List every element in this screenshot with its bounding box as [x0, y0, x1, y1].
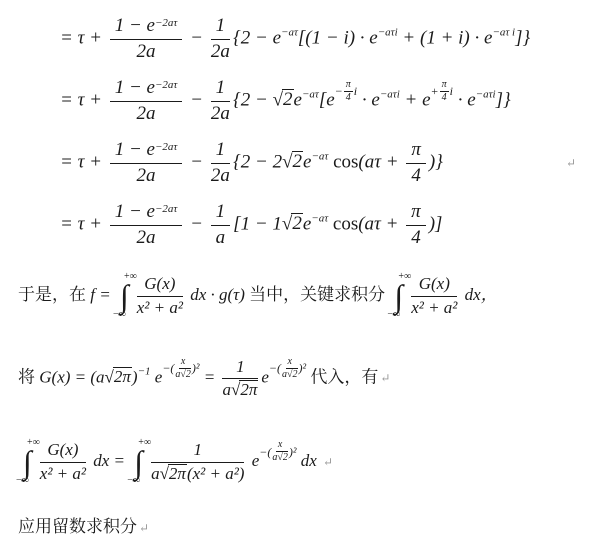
tiny-fraction: xa√2: [175, 356, 191, 381]
math-run: G(x) = (a: [39, 367, 104, 386]
math-run: {2 − e: [233, 27, 281, 48]
fraction: 1 − e−2aτ2a: [110, 15, 183, 63]
radicand: 2: [282, 89, 294, 111]
numerator: 1 − e−2aτ: [110, 201, 183, 225]
tiny-numerator: π: [440, 79, 449, 92]
radicand: 2π: [168, 464, 187, 483]
math-run: dx · g(τ): [186, 285, 249, 304]
superscript-fraction: +π4i: [431, 79, 453, 104]
exponent-open: −(: [259, 446, 271, 458]
math-run: (x² + a²): [187, 464, 245, 483]
exponent-open: −(: [269, 362, 281, 374]
superscript: −2aτ: [155, 203, 177, 215]
math-run: e: [303, 213, 311, 234]
exponent-close: )²: [299, 362, 307, 374]
radical-sign: √: [287, 369, 293, 380]
denominator: 2a: [211, 102, 231, 125]
superscript-fraction: −(xa√2)²: [269, 356, 306, 381]
superscript: −aτi: [476, 88, 496, 100]
superscript: −aτ: [311, 212, 328, 224]
math-run: −: [185, 27, 207, 48]
denominator: 2a: [110, 102, 183, 125]
numerator: 1: [211, 77, 231, 101]
math-run: 1 − e: [115, 139, 155, 160]
math-run: = τ +: [60, 151, 107, 172]
numerator: 1: [151, 440, 244, 462]
tiny-denominator: a√2: [282, 369, 298, 381]
tiny-denominator: a√2: [272, 452, 288, 464]
radicand: 2: [186, 368, 191, 380]
math-run: = τ +: [60, 27, 107, 48]
integral-upper-limit: +∞: [27, 438, 40, 448]
fraction: 1a√2π: [222, 357, 258, 400]
integral-sign: ∫: [120, 282, 129, 310]
math-run: 1 − e: [115, 15, 155, 36]
integral-upper-limit: +∞: [398, 272, 411, 282]
math-run: e: [261, 367, 269, 386]
integral-sign: ∫: [394, 282, 403, 310]
math-run: )]: [429, 213, 443, 234]
superscript: −aτ: [281, 26, 298, 38]
numerator: 1: [211, 201, 231, 225]
math-run: −: [185, 151, 207, 172]
math-run: (aτ +: [358, 213, 403, 234]
superscript-fraction: −(xa√2)²: [162, 356, 199, 381]
denominator: 2a: [110, 40, 183, 63]
integral: +∞∫−∞: [392, 272, 405, 320]
math-run: 1 − e: [115, 201, 155, 222]
tiny-denominator: 4: [346, 92, 351, 104]
superscript: −aτ i: [492, 26, 515, 38]
math-run: (aτ +: [358, 151, 403, 172]
fraction: 1a: [211, 201, 231, 249]
return-mark: ↵: [380, 371, 390, 385]
radicand: 2π: [113, 367, 132, 386]
math-run: 1 − e: [115, 77, 155, 98]
superscript: −2aτ: [155, 141, 177, 153]
math-run: dx，: [460, 285, 497, 304]
numerator: 1 − e−2aτ: [110, 77, 183, 101]
integral-upper-limit: +∞: [124, 272, 137, 282]
math-run: + e: [400, 89, 431, 110]
radicand: 2: [283, 451, 288, 463]
tiny-denominator: 4: [442, 92, 447, 104]
denominator: 2a: [211, 40, 231, 63]
integral-upper-limit: +∞: [138, 438, 151, 448]
math-run: [e: [319, 89, 335, 110]
math-run: [(1 − i) · e: [298, 27, 378, 48]
tiny-numerator: x: [286, 356, 294, 369]
tiny-numerator: x: [179, 356, 187, 369]
math-run: )}: [429, 151, 443, 172]
radicand: 2: [292, 151, 304, 173]
math-run: {2 −: [233, 89, 272, 110]
chinese-text: 当中，关键求积分: [249, 285, 389, 304]
fraction: 1a√2π(x² + a²): [151, 440, 244, 483]
tiny-fraction: π4: [344, 79, 353, 104]
numerator: π: [406, 139, 426, 163]
math-run: [1 − 1: [233, 213, 282, 234]
denominator: x² + a²: [137, 297, 183, 318]
paragraph-text: 应用留数求积分↵: [18, 512, 149, 537]
integral-sign: ∫: [134, 448, 143, 476]
radicand: 2π: [239, 380, 258, 399]
equation-line-3: = τ + 1 − e−2aτ2a − 12a{2 − 2√2e−aτ cos(…: [60, 132, 600, 194]
integral-lower-limit: −∞: [127, 476, 140, 486]
tiny-numerator: π: [344, 79, 353, 92]
superscript: −aτi: [380, 88, 400, 100]
chinese-text: 将: [18, 367, 39, 386]
fraction: 12a: [211, 77, 231, 125]
math-run: · e: [357, 89, 380, 110]
tiny-fraction: xa√2: [272, 439, 288, 464]
fraction: 12a: [211, 15, 231, 63]
exponent-open: −(: [162, 362, 174, 374]
paragraph-substitution: 将 G(x) = (a√2π)−1 e−(xa√2)² = 1a√2πe−(xa…: [18, 336, 600, 420]
paragraph-text: 于是，在 f = +∞∫−∞G(x)x² + a² dx · g(τ) 当中，关…: [18, 272, 498, 320]
fraction: π4: [406, 139, 426, 187]
return-mark: ↵: [139, 521, 149, 535]
math-run: = τ +: [60, 89, 107, 110]
exponent-sign: −: [335, 85, 343, 97]
numerator: 1 − e−2aτ: [110, 15, 183, 39]
math-run: −: [185, 89, 207, 110]
math-run: a: [222, 380, 231, 399]
fraction: 1 − e−2aτ2a: [110, 139, 183, 187]
return-mark: ↵: [323, 455, 333, 469]
equation-line-2: = τ + 1 − e−2aτ2a − 12a{2 − √2e−aτ[e−π4i…: [60, 70, 600, 132]
exponent-sign: +: [431, 85, 439, 97]
integral-lower-limit: −∞: [113, 310, 126, 320]
fraction: 1 − e−2aτ2a: [110, 201, 183, 249]
fraction: 12a: [211, 139, 231, 187]
document-page: = τ + 1 − e−2aτ2a − 12a{2 − e−aτ[(1 − i)…: [0, 0, 600, 544]
paragraph-residue-note: 应用留数求积分↵: [18, 504, 600, 544]
chinese-text: 应用留数求积分: [18, 517, 137, 536]
denominator: 4: [406, 164, 426, 187]
return-mark: ↵: [566, 156, 576, 171]
math-run: {2 − 2: [233, 151, 282, 172]
fraction: G(x)x² + a²: [137, 274, 183, 317]
chinese-text: 代入，有: [306, 367, 378, 386]
denominator: a: [211, 226, 231, 249]
denominator: x² + a²: [40, 463, 86, 484]
chinese-text: 于是，在: [18, 285, 90, 304]
math-run: e: [151, 367, 163, 386]
math-run: =: [200, 367, 220, 386]
math-run: ]}: [496, 89, 511, 110]
tiny-denominator: a√2: [175, 369, 191, 381]
radicand: 2: [293, 368, 298, 380]
denominator: x² + a²: [411, 297, 457, 318]
integral-lower-limit: −∞: [16, 476, 29, 486]
math-run: + (1 + i) · e: [398, 27, 493, 48]
integral: +∞∫−∞: [21, 438, 34, 486]
equation-line-1: = τ + 1 − e−2aτ2a − 12a{2 − e−aτ[(1 − i)…: [60, 8, 600, 70]
superscript: −2aτ: [155, 79, 177, 91]
integral-lower-limit: −∞: [387, 310, 400, 320]
math-run: ]}: [515, 27, 530, 48]
numerator: π: [406, 201, 426, 225]
math-run: = τ +: [60, 213, 107, 234]
tiny-fraction: π4: [440, 79, 449, 104]
numerator: 1 − e−2aτ: [110, 139, 183, 163]
integral: +∞∫−∞: [132, 438, 145, 486]
math-run: e: [247, 451, 259, 470]
math-run: −: [185, 213, 207, 234]
radicand: 2: [291, 213, 303, 235]
integral: +∞∫−∞: [118, 272, 131, 320]
math-run: a: [151, 464, 160, 483]
math-run: f =: [90, 285, 115, 304]
math-run: e: [294, 89, 302, 110]
integral-sign: ∫: [23, 448, 32, 476]
numerator: 1: [211, 15, 231, 39]
numerator: 1: [222, 357, 258, 379]
exponent-close: )²: [192, 362, 200, 374]
denominator: 4: [406, 226, 426, 249]
denominator: a√2π(x² + a²): [151, 463, 244, 484]
numerator: G(x): [411, 274, 457, 296]
superscript: −1: [138, 365, 151, 377]
paragraph-text: +∞∫−∞G(x)x² + a² dx = +∞∫−∞1a√2π(x² + a²…: [18, 438, 333, 486]
denominator: a√2π: [222, 379, 258, 400]
paragraph-text: 将 G(x) = (a√2π)−1 e−(xa√2)² = 1a√2πe−(xa…: [18, 356, 390, 400]
cos-function: cos: [328, 213, 358, 234]
denominator: 2a: [211, 164, 231, 187]
superscript-fraction: −π4i: [335, 79, 357, 104]
cos-function: cos: [328, 151, 358, 172]
superscript: −2aτ: [155, 17, 177, 29]
superscript: −aτ: [311, 150, 328, 162]
fraction: 1 − e−2aτ2a: [110, 77, 183, 125]
equation-1: = τ + 1 − e−2aτ2a − 12a{2 − e−aτ[(1 − i)…: [60, 15, 530, 63]
equation-3: = τ + 1 − e−2aτ2a − 12a{2 − 2√2e−aτ cos(…: [60, 139, 443, 187]
math-run: · e: [453, 89, 476, 110]
equation-line-4: = τ + 1 − e−2aτ2a − 1a[1 − 1√2e−aτ cos(a…: [60, 194, 600, 256]
numerator: G(x): [137, 274, 183, 296]
superscript: −aτ: [302, 88, 319, 100]
tiny-fraction: xa√2: [282, 356, 298, 381]
numerator: 1: [211, 139, 231, 163]
equation-4: = τ + 1 − e−2aτ2a − 1a[1 − 1√2e−aτ cos(a…: [60, 201, 442, 249]
equation-2: = τ + 1 − e−2aτ2a − 12a{2 − √2e−aτ[e−π4i…: [60, 77, 511, 125]
fraction: π4: [406, 201, 426, 249]
superscript: −aτi: [378, 26, 398, 38]
numerator: G(x): [40, 440, 86, 462]
superscript-fraction: −(xa√2)²: [259, 439, 296, 464]
denominator: 2a: [110, 226, 183, 249]
fraction: G(x)x² + a²: [411, 274, 457, 317]
equation-integral-result: +∞∫−∞G(x)x² + a² dx = +∞∫−∞1a√2π(x² + a²…: [18, 420, 600, 504]
denominator: 2a: [110, 164, 183, 187]
paragraph-key-integral: 于是，在 f = +∞∫−∞G(x)x² + a² dx · g(τ) 当中，关…: [18, 256, 600, 336]
math-run: dx =: [89, 451, 129, 470]
fraction: G(x)x² + a²: [40, 440, 86, 483]
math-run: dx: [296, 451, 321, 470]
